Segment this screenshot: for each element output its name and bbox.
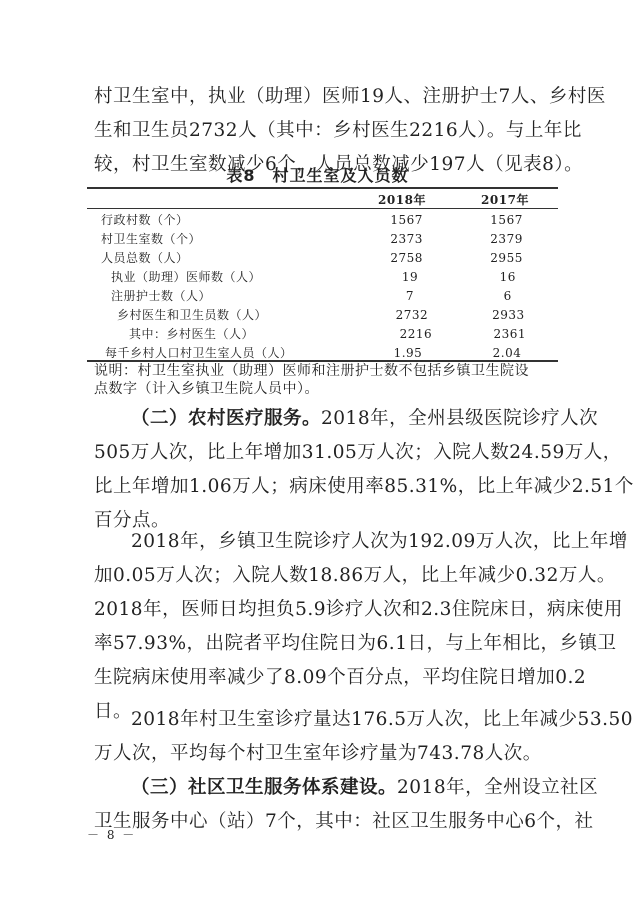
- text-line: 万人次，平均每个村卫生室年诊疗量为743.78人次。: [94, 737, 554, 771]
- table-row: 村卫生室数（个） 2373 2379: [87, 229, 558, 248]
- table-header-row: 2018年 2017年: [87, 188, 558, 210]
- text-line: 2018年村卫生室诊疗量达176.5万人次，比上年减少53.50: [94, 703, 554, 737]
- page-number: － 8 －: [87, 826, 136, 843]
- cell-2018: 19: [363, 270, 458, 284]
- village-clinic-paragraph: 2018年村卫生室诊疗量达176.5万人次，比上年减少53.50 万人次，平均每…: [94, 703, 554, 771]
- text-line: （二）农村医疗服务。2018年，全州县级医院诊疗人次: [94, 402, 554, 436]
- cell-2017: 2379: [455, 232, 558, 246]
- header-2018: 2018年: [352, 191, 452, 208]
- text-line: 加0.05万人次；入院人数18.86万人，比上年减少0.32万人。: [94, 559, 554, 593]
- township-hospital-paragraph: 2018年，乡镇卫生院诊疗人次为192.09万人次，比上年增 加0.05万人次；…: [94, 525, 554, 729]
- table-row: 每千乡村人口村卫生室人员（人） 1.95 2.04: [87, 343, 558, 362]
- cell-2017: 6: [457, 289, 558, 303]
- table-caption: 表8 村卫生室及人员数: [0, 163, 635, 186]
- text-line: 卫生服务中心（站）7个，其中：社区卫生服务中心6个，社: [94, 805, 554, 839]
- cell-2017: 2361: [461, 327, 558, 341]
- text-line: （三）社区卫生服务体系建设。2018年，全州设立社区: [94, 771, 554, 805]
- table-row: 行政村数（个） 1567 1567: [87, 210, 558, 229]
- table-row: 人员总数（人） 2758 2955: [87, 248, 558, 267]
- text-line: 505万人次，比上年增加31.05万人次；入院人数24.59万人，: [94, 436, 554, 470]
- cell-2017: 2.04: [456, 346, 558, 360]
- cell-2018: 1.95: [360, 346, 456, 360]
- row-label: 每千乡村人口村卫生室人员（人）: [87, 344, 360, 361]
- cell-2018: 7: [363, 289, 458, 303]
- text-line: 比上年增加1.06万人；病床使用率85.31%，比上年减少2.51个: [94, 470, 554, 504]
- table-row: 注册护士数（人） 7 6: [87, 286, 558, 305]
- cell-2018: 2758: [358, 251, 455, 265]
- text-line: 生院病床使用率减少了8.09个百分点，平均住院日增加0.2: [94, 661, 554, 695]
- text-line: 生和卫生员2732人（其中：乡村医生2216人）。与上年比: [94, 114, 554, 148]
- text-line: 2018年，乡镇卫生院诊疗人次为192.09万人次，比上年增: [94, 525, 554, 559]
- cell-2018: 2216: [370, 327, 461, 341]
- table-row: 其中：乡村医生（人） 2216 2361: [87, 324, 558, 343]
- cell-2017: 16: [457, 270, 558, 284]
- table-row: 执业（助理）医师数（人） 19 16: [87, 267, 558, 286]
- section-heading: （三）社区卫生服务体系建设。: [131, 777, 397, 798]
- row-label: 行政村数（个）: [87, 211, 358, 228]
- section-heading: （二）农村医疗服务。: [131, 408, 321, 429]
- cell-2018: 2373: [358, 232, 455, 246]
- row-label: 其中：乡村医生（人）: [87, 325, 370, 342]
- table-note: 说明：村卫生室执业（助理）医师和注册护士数不包括乡镇卫生院设 点数字（计入乡镇卫…: [94, 362, 554, 398]
- cell-2018: 2732: [365, 308, 459, 322]
- cell-2017: 2933: [459, 308, 558, 322]
- note-line: 说明：村卫生室执业（助理）医师和注册护士数不包括乡镇卫生院设: [94, 362, 554, 380]
- row-label: 注册护士数（人）: [87, 287, 363, 304]
- text-line: 率57.93%，出院者平均住院日为6.1日，与上年相比，乡镇卫: [94, 627, 554, 661]
- text-line: 2018年，医师日均担负5.9诊疗人次和2.3住院床日，病床使用: [94, 593, 554, 627]
- row-label: 人员总数（人）: [87, 249, 358, 266]
- village-clinic-table: 2018年 2017年 行政村数（个） 1567 1567 村卫生室数（个） 2…: [87, 188, 558, 362]
- row-label: 乡村医生和卫生员数（人）: [87, 306, 365, 323]
- heading-continuation: 2018年，全州设立社区: [397, 777, 598, 798]
- section-community-health: （三）社区卫生服务体系建设。2018年，全州设立社区 卫生服务中心（站）7个，其…: [94, 771, 554, 839]
- table-row: 乡村医生和卫生员数（人） 2732 2933: [87, 305, 558, 324]
- row-label: 执业（助理）医师数（人）: [87, 268, 363, 285]
- cell-2017: 1567: [455, 213, 558, 227]
- section-rural-medical-services: （二）农村医疗服务。2018年，全州县级医院诊疗人次 505万人次，比上年增加3…: [94, 402, 554, 538]
- row-label: 村卫生室数（个）: [87, 230, 358, 247]
- heading-continuation: 2018年，全州县级医院诊疗人次: [321, 408, 598, 429]
- cell-2017: 2955: [455, 251, 558, 265]
- note-line: 点数字（计入乡镇卫生院人员中）。: [94, 380, 554, 398]
- header-2017: 2017年: [452, 191, 558, 208]
- cell-2018: 1567: [358, 213, 455, 227]
- text-line: 村卫生室中，执业（助理）医师19人、注册护士7人、乡村医: [94, 80, 554, 114]
